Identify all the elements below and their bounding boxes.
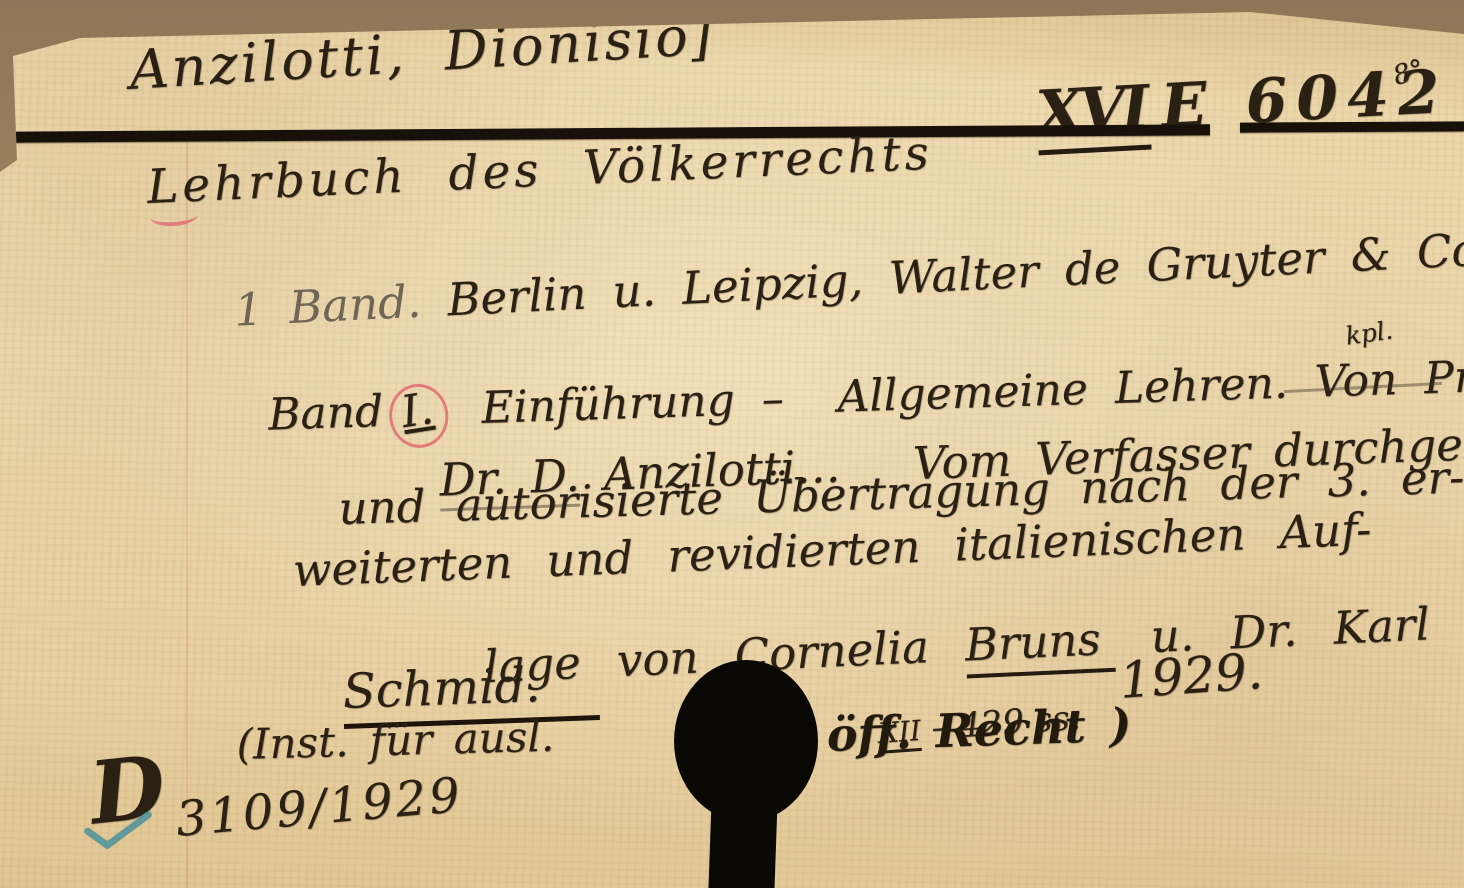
shelfmark-class: XVI — [1034, 73, 1151, 156]
shelfmark: XVIE 6042 — [948, 2, 1453, 208]
year-note: 1929. — [1118, 646, 1264, 706]
title-line: Lehrbuch des Völkerrechts — [146, 130, 934, 211]
author-heading: Anzilotti, Dionisio] — [128, 8, 716, 98]
format-note: 8° — [1390, 56, 1427, 90]
header-rule-right — [1240, 121, 1464, 132]
accession-number: 3109/1929 — [174, 771, 465, 844]
provenance-right: öff. Recht ) — [826, 701, 1132, 758]
catalog-card: Anzilotti, Dionisio] XVIE 6042 8° Lehrbu… — [0, 0, 1464, 888]
imprint-volume: 1 Band. — [233, 275, 422, 337]
scanned-catalog-card-page: { "header": { "author": "Anzilotti, Dion… — [0, 0, 1464, 888]
checkmark-icon — [82, 808, 156, 855]
provenance-left: (Inst. für ausl. — [236, 716, 555, 766]
hole-punch-stem — [708, 799, 777, 888]
hole-punch — [674, 660, 818, 822]
completeness-note: kpl. — [1344, 317, 1394, 348]
